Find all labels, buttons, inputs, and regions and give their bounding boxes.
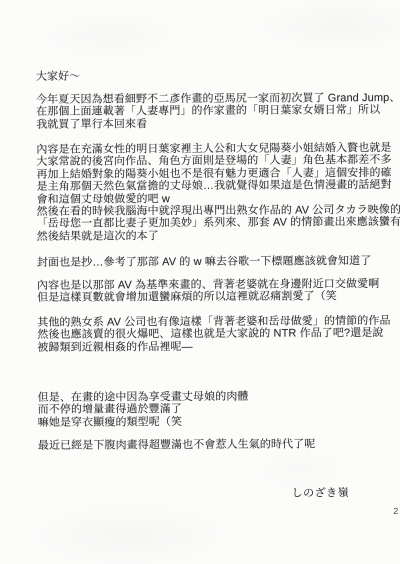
greeting-line: 大家好～ [36,71,80,84]
text-line: 然後也應該賣的很火爆吧、這樣也就是大家說的 NTR 作品了吧?還是說 [37,327,390,341]
text-line: 嘛她是穿衣顯瘦的類型呢（笑 [38,416,249,430]
text-line: 被歸類到近親相姦的作品裡呢— [37,340,390,354]
page-number: 2 [393,506,398,516]
text-line: 而不停的增量畫得過於豐滿了 [38,403,249,417]
paragraph-genre-musings: 其他的熟女系 AV 公司也有像這樣「背著老婆和岳母做愛」的情節的作品 然後也應該… [37,315,391,354]
text-line: 但是這樣頁數就會增加還蠻麻煩的所以這裡就忍痛割愛了（笑 [37,290,379,304]
scanned-page: 大家好～ 今年夏天因為想看細野不二彥作畫的亞馬尻一家而初次買了 Grand Ju… [0,0,400,564]
text-line: 封面也是抄…參考了那部 AV 的 w 嘛去谷歌一下標題應該就會知道了 [37,255,371,269]
paragraph-closing-remark: 最近已經是下腹肉畫得超豐滿也不會惹人生氣的時代了呢 [38,438,316,452]
author-signature: しのざき嶺 [292,487,350,500]
paragraph-av-reference: 內容也是以那部 AV 為基準來畫的、背著老婆就在身邊附近口交做愛啊 但是這樣頁數… [37,278,379,305]
text-line: 最近已經是下腹肉畫得超豐滿也不會惹人生氣的時代了呢 [38,438,316,452]
paragraph-drawing-note: 但是、在畫的途中因為享受畫丈母娘的肉體 而不停的增量畫得過於豐滿了 嘛她是穿衣顯… [38,391,249,429]
paragraph-buying-manga: 今年夏天因為想看細野不二彥作畫的亞馬尻一家而初次買了 Grand Jump、 在… [36,92,400,131]
text-line: 我就買了單行本回來看 [36,117,400,131]
paragraph-cover-note: 封面也是抄…參考了那部 AV 的 w 嘛去谷歌一下標題應該就會知道了 [37,255,371,269]
text-line: 然後結果就是這次的本了 [37,229,400,243]
text-line: 「岳母您一直都比妻子更加美妙」系列來、那套 AV 的情節畫出來應該蠻有趣的 [37,216,400,230]
paragraph-story-impression: 內容是在充滿女性的明日葉家裡主人公和大女兒陽葵小姐結婚入贅也就是 大家常說的後宮… [36,142,400,243]
text-line: 但是、在畫的途中因為享受畫丈母娘的肉體 [38,391,249,405]
text-line: 是主角那個天然色氣當擔的丈母娘…我就覺得如果這是色情漫畫的話絕對 [36,179,400,193]
afterword-text-block: 大家好～ 今年夏天因為想看細野不二彥作畫的亞馬尻一家而初次買了 Grand Ju… [0,0,400,564]
text-line: 在那個上面連載著「人妻專門」的作家畫的「明日葉家女婿日常」所以 [36,104,400,118]
